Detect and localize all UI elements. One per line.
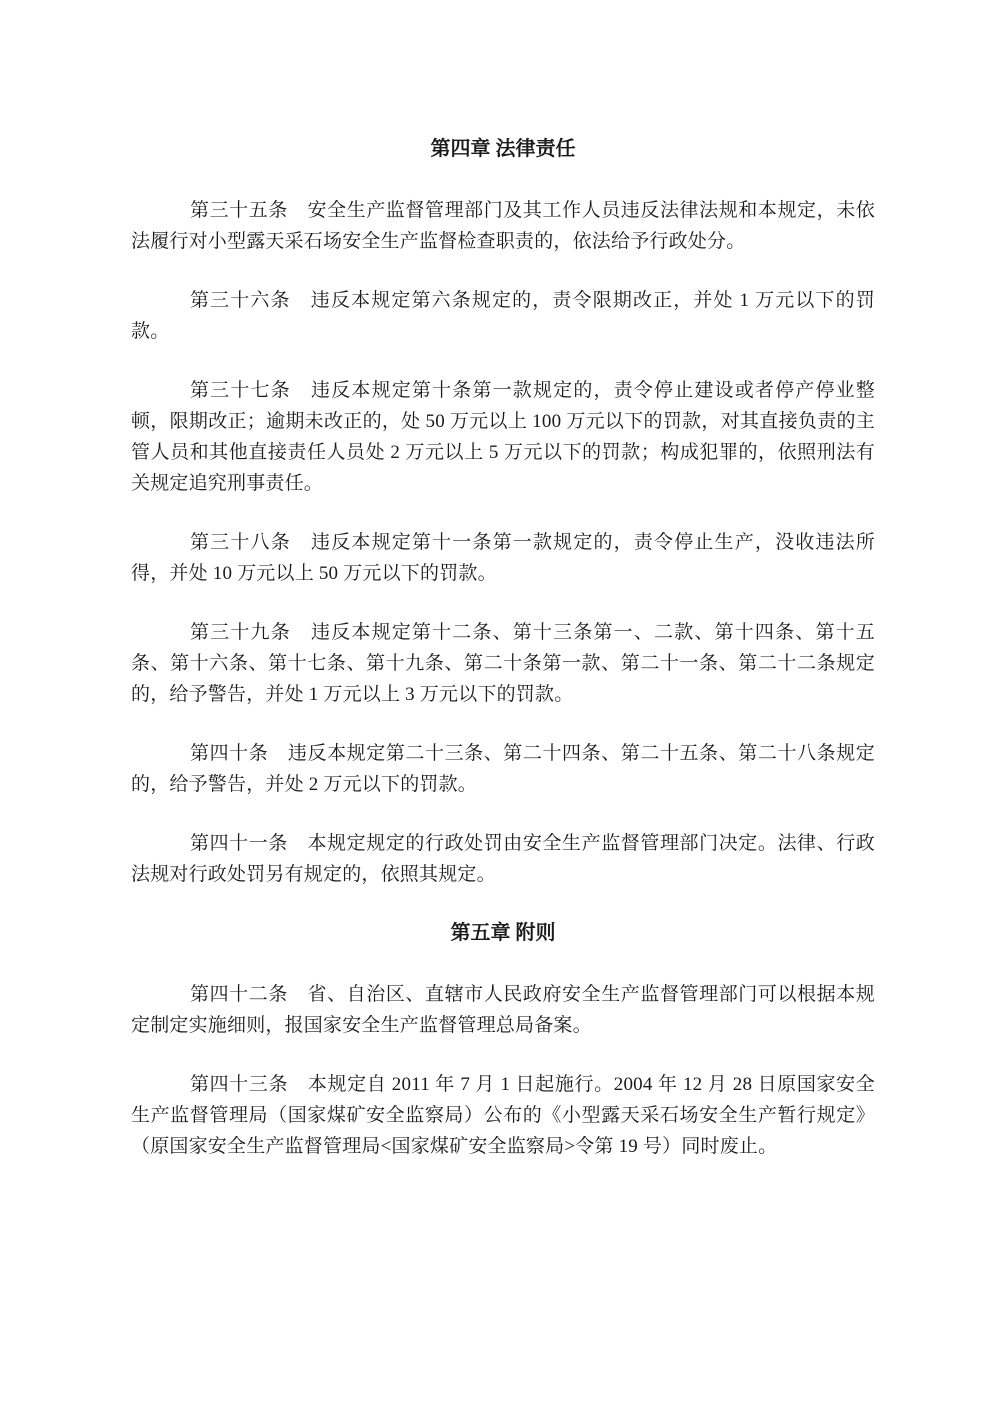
article-35-paragraph: 第三十五条 安全生产监督管理部门及其工作人员违反法律法规和本规定，未依法履行对小… [131, 195, 875, 257]
article-42-paragraph: 第四十二条 省、自治区、直辖市人民政府安全生产监督管理部门可以根据本规定制定实施… [131, 979, 875, 1041]
chapter-4-heading: 第四章 法律责任 [131, 134, 875, 165]
article-36-paragraph: 第三十六条 违反本规定第六条规定的，责令限期改正，并处 1 万元以下的罚款。 [131, 285, 875, 347]
chapter-5-heading: 第五章 附则 [131, 918, 875, 949]
article-37-paragraph: 第三十七条 违反本规定第十条第一款规定的，责令停止建设或者停产停业整顿，限期改正… [131, 375, 875, 499]
article-41-paragraph: 第四十一条 本规定规定的行政处罚由安全生产监督管理部门决定。法律、行政法规对行政… [131, 828, 875, 890]
article-40-paragraph: 第四十条 违反本规定第二十三条、第二十四条、第二十五条、第二十八条规定的，给予警… [131, 738, 875, 800]
document-page: 第四章 法律责任 第三十五条 安全生产监督管理部门及其工作人员违反法律法规和本规… [0, 0, 1000, 1414]
article-39-paragraph: 第三十九条 违反本规定第十二条、第十三条第一、二款、第十四条、第十五条、第十六条… [131, 617, 875, 710]
article-38-paragraph: 第三十八条 违反本规定第十一条第一款规定的，责令停止生产，没收违法所得，并处 1… [131, 527, 875, 589]
article-43-paragraph: 第四十三条 本规定自 2011 年 7 月 1 日起施行。2004 年 12 月… [131, 1069, 875, 1162]
